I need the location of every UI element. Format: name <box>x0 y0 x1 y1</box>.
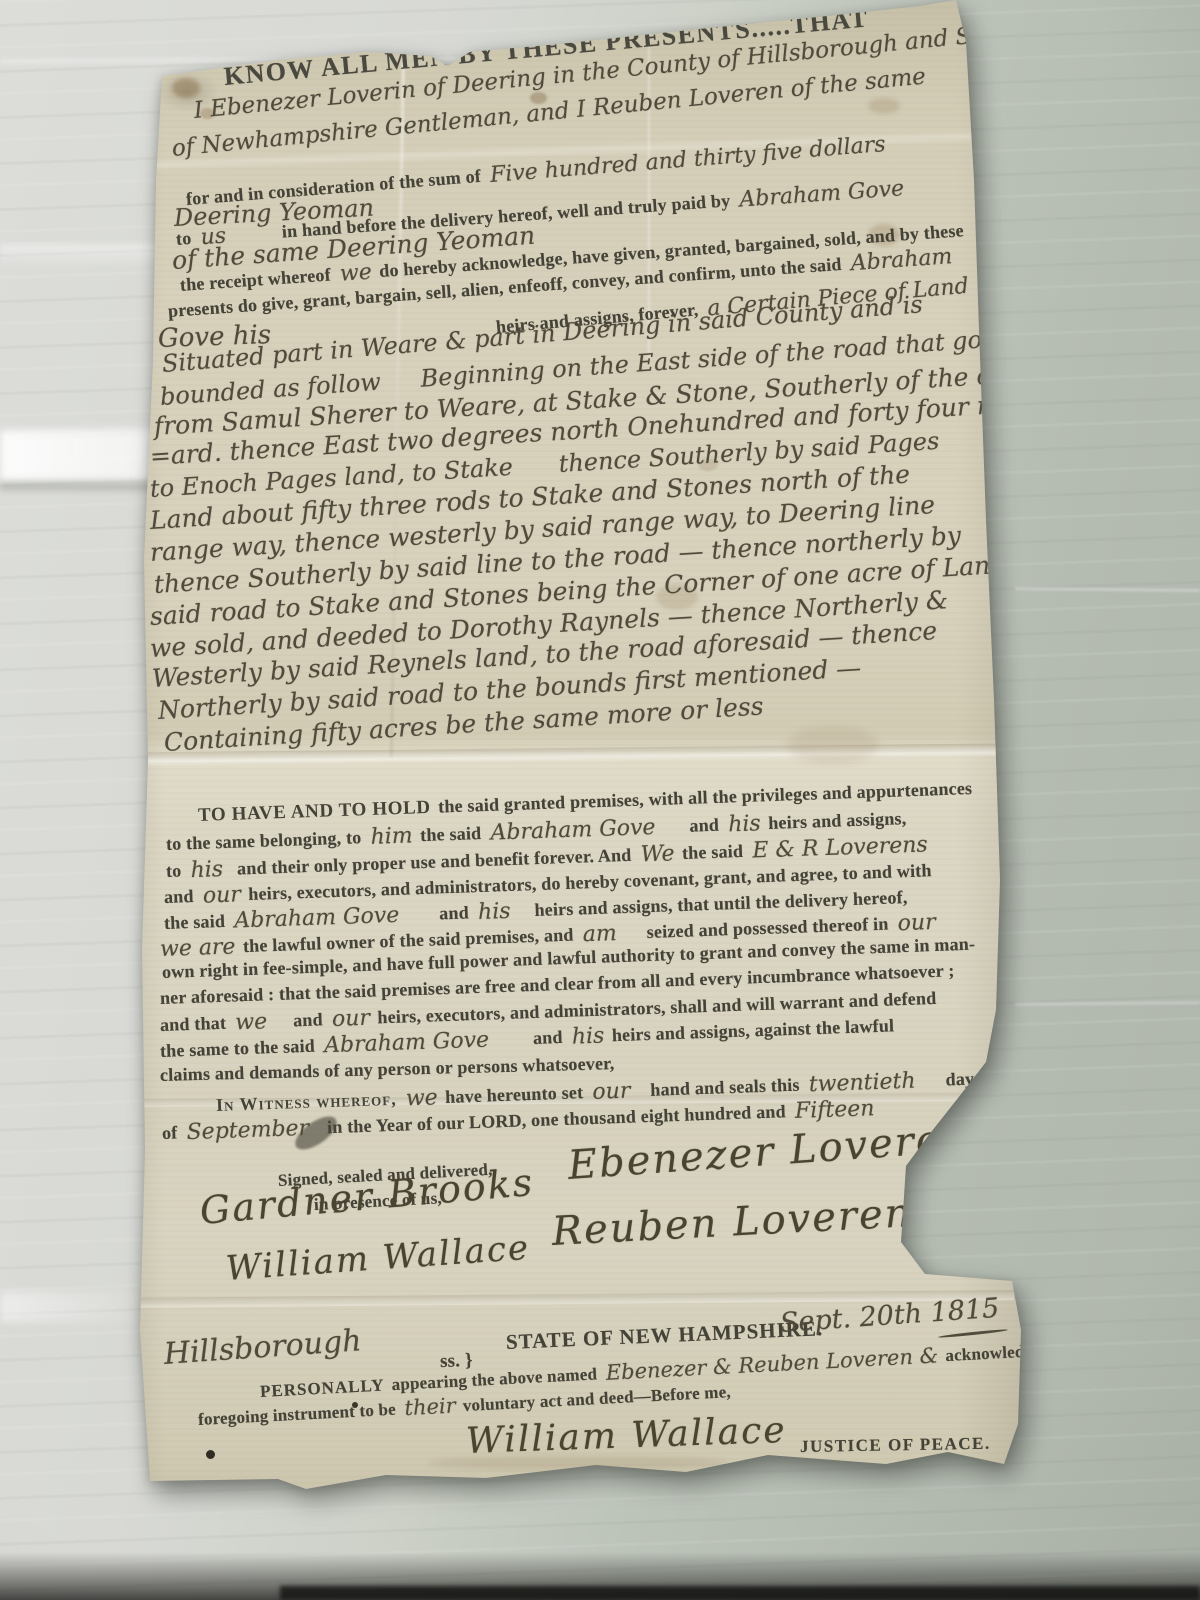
justice-title: JUSTICE OF PEACE. <box>800 1435 991 1455</box>
notary-date: Sept. 20th 1815 <box>779 1295 1000 1337</box>
notary-state: STATE OF NEW HAMPSHIRE. <box>506 1318 824 1353</box>
paper-stain <box>172 78 200 98</box>
photo-backdrop: KNOW ALL MEN BY THESE PRESENTS.....THAT … <box>0 0 1200 1600</box>
pen-flourish <box>938 1328 1008 1338</box>
notary-ss: ss. } <box>440 1351 473 1371</box>
notary-county: Hillsborough <box>163 1326 362 1370</box>
paper-stain <box>980 1102 998 1115</box>
paper-stain <box>788 726 878 764</box>
paper-stain <box>868 98 900 114</box>
justice-signature: William Wallace <box>465 1413 787 1460</box>
witness-signature-william-wallace: William Wallace <box>225 1231 531 1286</box>
signature-ebenezer-loveren: Ebenezer Loveren <box>567 1118 971 1186</box>
deed-paper: KNOW ALL MEN BY THESE PRESENTS.....THAT … <box>128 0 1028 1500</box>
signature-reuben-loveren: Reuben Loveren <box>551 1193 913 1252</box>
ink-blot <box>206 1450 215 1459</box>
